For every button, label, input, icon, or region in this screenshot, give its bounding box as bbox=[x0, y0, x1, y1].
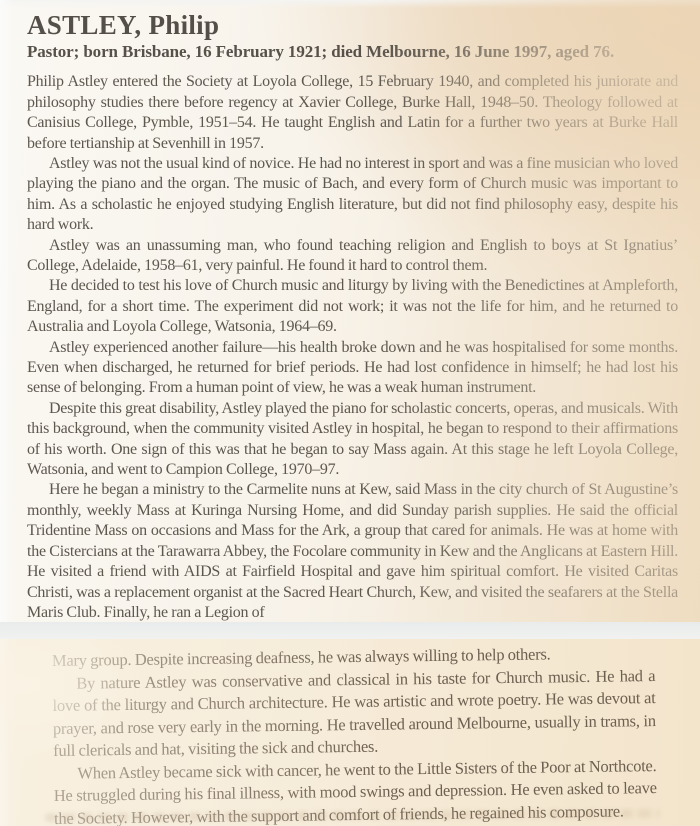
top-text-block: ASTLEY, Philip Pastor; born Brisbane, 16… bbox=[27, 11, 678, 623]
entry-title: ASTLEY, Philip bbox=[27, 11, 678, 39]
scan-gap-band bbox=[0, 622, 700, 640]
entry-subtitle: Pastor; born Brisbane, 16 February 1921;… bbox=[27, 42, 678, 62]
paragraph-6: Despite this great disability, Astley pl… bbox=[27, 399, 678, 481]
paragraph-1: Philip Astley entered the Society at Loy… bbox=[27, 72, 678, 154]
paragraph-3: Astley was an unassuming man, who found … bbox=[27, 236, 678, 277]
paragraph-7: Here he began a ministry to the Carmelit… bbox=[27, 480, 678, 623]
paragraph-2: Astley was not the usual kind of novice.… bbox=[27, 154, 678, 236]
page-photo-top: ASTLEY, Philip Pastor; born Brisbane, 16… bbox=[0, 0, 700, 632]
paragraph-4: He decided to test his love of Church mu… bbox=[27, 276, 678, 337]
scanned-page: ASTLEY, Philip Pastor; born Brisbane, 16… bbox=[0, 0, 700, 826]
paragraph-8: By nature Astley was conservative and cl… bbox=[52, 665, 656, 763]
bottom-text-block: Mary group. Despite increasing deafness,… bbox=[52, 642, 657, 826]
paragraph-5: Astley experienced another failure—his h… bbox=[27, 338, 678, 399]
page-photo-bottom: Mary group. Despite increasing deafness,… bbox=[0, 639, 700, 826]
